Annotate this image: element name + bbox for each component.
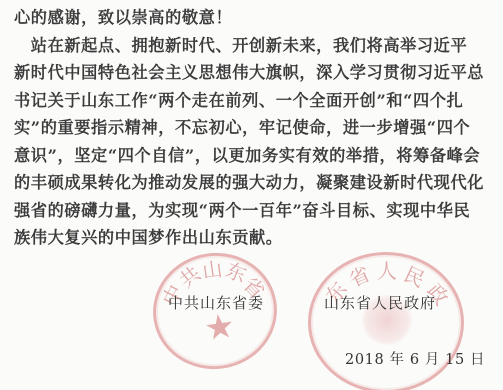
text-line: 站在新起点、拥抱新时代、开创新未来，我们将高举习近平	[14, 36, 467, 56]
text-line: 意识”，坚定“四个自信”，以更加务实有效的举措，将筹备峰会	[14, 146, 480, 166]
document-date: 2018 年 6 月 15 日	[345, 348, 485, 369]
signature-party-committee: 中共山东省委	[168, 292, 264, 313]
document-page: 心的感谢，致以崇高的敬意！ 站在新起点、拥抱新时代、开创新未来，我们将高举习近平…	[0, 0, 503, 390]
text-line: 的丰硕成果转化为推动发展的强大动力，凝聚建设新时代现代化	[14, 173, 484, 193]
text-line: 强省的磅礴力量，为实现“两个一百年”奋斗目标、实现中华民	[14, 201, 470, 221]
text-line: 实”的重要指示精神，不忘初心，牢记使命，进一步增强“四个	[14, 118, 470, 138]
text-line: 心的感谢，致以崇高的敬意！	[14, 8, 232, 28]
text-line: 族伟大复兴的中国梦作出山东贡献。	[14, 228, 283, 248]
seal-arc-text: 省	[344, 258, 374, 293]
text-line: 书记关于山东工作“两个走在前列、一个全面开创”和“四个扎	[14, 91, 463, 111]
signature-government: 山东省人民政府	[324, 292, 436, 313]
seal-arc-text: 民	[400, 258, 430, 293]
text-line: 新时代中国特色社会主义思想伟大旗帜，深入学习贯彻习近平总	[14, 63, 484, 83]
seal-arc-text: 山	[200, 253, 224, 285]
seal-arc-text: 人	[377, 255, 397, 284]
